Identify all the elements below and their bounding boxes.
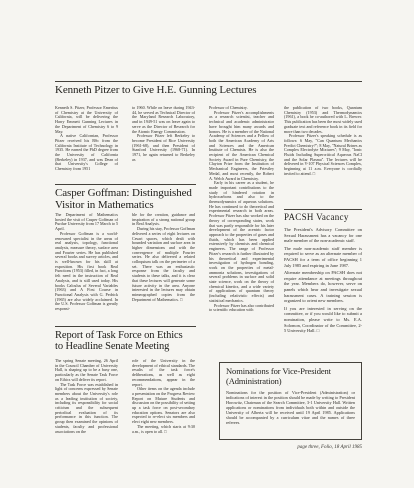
paragraph: Other items on the agenda include a pres… bbox=[132, 387, 195, 425]
paragraph: The Task Force was established in light … bbox=[55, 383, 118, 435]
headline-line: Casper Goffman: Distinguished bbox=[55, 188, 192, 200]
headline-line: Visitor in Mathematics bbox=[55, 200, 192, 212]
section-divider bbox=[55, 184, 196, 185]
article-pitzer-column-4: the publication of two books, Quantum Ch… bbox=[284, 106, 362, 206]
paragraph: Kenneth S. Pitzer, Professor Emeritus of… bbox=[55, 106, 118, 134]
notice-title-line: (Administration) bbox=[226, 377, 355, 387]
headline-line: to Headline Senate Meeting bbox=[55, 341, 183, 352]
paragraph: the publication of two books, Quantum Ch… bbox=[284, 106, 362, 134]
paragraph: Professor Pitzer has also contributed to… bbox=[209, 304, 274, 313]
article-pacsh-body: The President's Advisory Committee on Se… bbox=[284, 227, 362, 353]
article-headline-pacsh: PACSH Vacancy bbox=[284, 213, 349, 223]
paragraph: role of the University in the developmen… bbox=[132, 359, 195, 387]
section-divider bbox=[55, 326, 196, 327]
article-headline-pitzer: Kenneth Pitzer to Give H.E. Gunning Lect… bbox=[55, 85, 257, 97]
article-headline-senate: Report of Task Force on Ethics to Headli… bbox=[55, 330, 183, 352]
paragraph: to 1960. While on leave during 1943-44, … bbox=[132, 106, 195, 134]
paragraph: The spring Senate meeting, 26 April in t… bbox=[55, 359, 118, 383]
article-goffman-column-1: The Department of Mathematics hosted the… bbox=[55, 213, 118, 320]
headline-line: Report of Task Force on Ethics bbox=[55, 330, 183, 341]
paragraph: ble for the creation, guidance and inspi… bbox=[132, 213, 195, 227]
article-headline-goffman: Casper Goffman: Distinguished Visitor in… bbox=[55, 188, 192, 211]
article-senate-column-2: role of the University in the developmen… bbox=[132, 359, 195, 440]
article-senate-column-1: The spring Senate meeting, 26 April in t… bbox=[55, 359, 118, 440]
notice-body: Nominations for the position of Vice-Pre… bbox=[226, 390, 355, 425]
paragraph: The male non-academic staff member is re… bbox=[284, 246, 362, 269]
paragraph: Professor Pitzer left Berkeley to become… bbox=[132, 134, 195, 162]
article-pitzer-column-2: to 1960. While on leave during 1943-44, … bbox=[132, 106, 195, 182]
page-footer: page three, Folio, 18 April 1985 bbox=[200, 445, 362, 451]
paragraph: Professor Pitzer's accomplishments as a … bbox=[209, 111, 274, 182]
paragraph: If you are interested in serving on the … bbox=[284, 306, 362, 335]
paragraph: A native Californian, Professor Pitzer r… bbox=[55, 134, 118, 172]
paragraph: The meeting, which starts at 9:30 a.m., … bbox=[132, 425, 195, 434]
article-pitzer-column-3: Professor of Chemistry.Professor Pitzer'… bbox=[209, 106, 274, 355]
paragraph: During his stay, Professor Goffman deliv… bbox=[132, 227, 195, 302]
paragraph: Professor Pitzer's speaking schedule is … bbox=[284, 134, 362, 176]
nominations-notice-box: Nominations for Vice-President (Administ… bbox=[219, 362, 362, 440]
paragraph: The President's Advisory Committee on Se… bbox=[284, 227, 362, 244]
section-divider bbox=[55, 81, 362, 82]
newsletter-page: Kenneth Pitzer to Give H.E. Gunning Lect… bbox=[0, 0, 414, 488]
notice-title: Nominations for Vice-President (Administ… bbox=[226, 367, 355, 387]
paragraph: Early in his career as a student, he mad… bbox=[209, 181, 274, 303]
paragraph: Professor Goffman is a world-renowned sp… bbox=[55, 232, 118, 312]
article-pitzer-column-1: Kenneth S. Pitzer, Professor Emeritus of… bbox=[55, 106, 118, 182]
section-divider bbox=[284, 209, 362, 210]
paragraph: Alternate membership on PACSH does not r… bbox=[284, 270, 362, 304]
paragraph: The Department of Mathematics hosted the… bbox=[55, 213, 118, 232]
article-goffman-column-2: ble for the creation, guidance and inspi… bbox=[132, 213, 195, 320]
